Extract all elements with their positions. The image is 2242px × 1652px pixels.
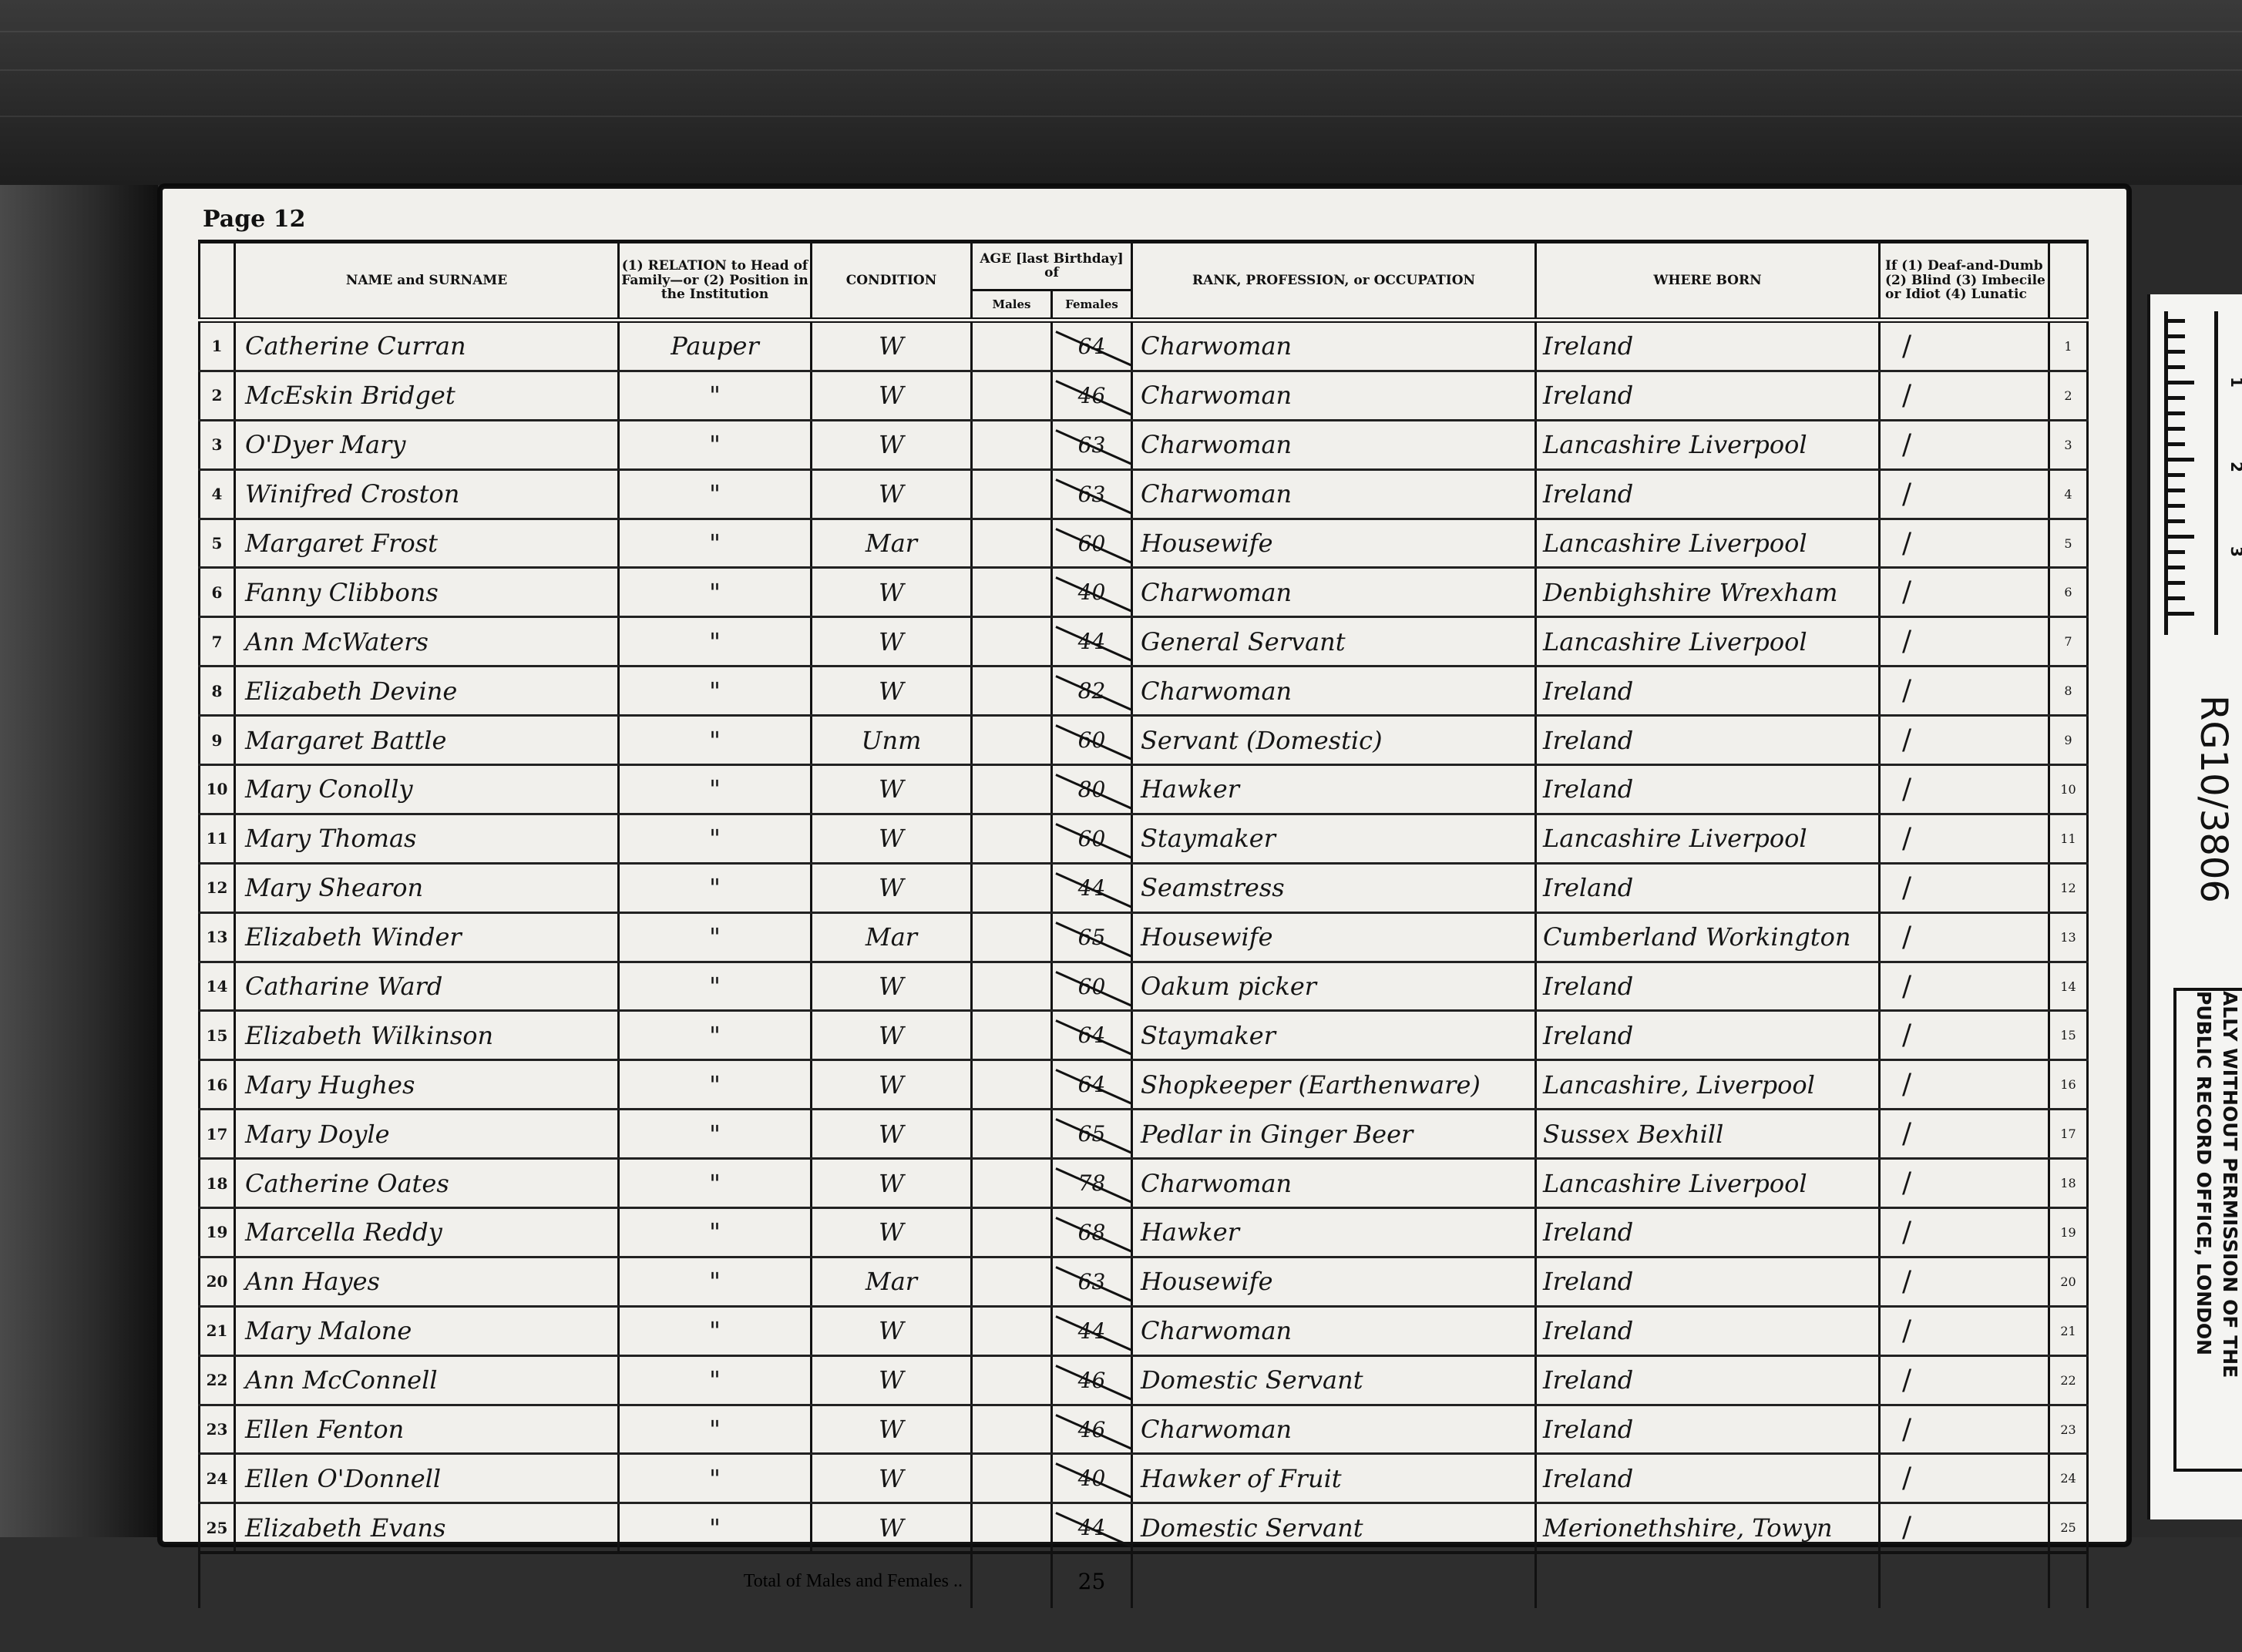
infirmity-mark: / bbox=[1880, 1060, 2049, 1110]
header-where-born: WHERE BORN bbox=[1536, 242, 1880, 321]
ruler-tick bbox=[2168, 612, 2194, 616]
tally-strike-mark bbox=[1055, 380, 1131, 418]
row-number: 13 bbox=[200, 912, 235, 962]
relation: " bbox=[619, 1011, 812, 1060]
person-name: Fanny Clibbons bbox=[235, 568, 619, 617]
person-name: Ann McConnell bbox=[235, 1355, 619, 1405]
male-age bbox=[972, 814, 1052, 863]
condition: W bbox=[812, 1405, 972, 1454]
condition: W bbox=[812, 1011, 972, 1060]
occupation: General Servant bbox=[1132, 617, 1536, 667]
faint-row-number: 17 bbox=[2049, 1110, 2088, 1159]
condition: W bbox=[812, 568, 972, 617]
infirmity-mark: / bbox=[1880, 519, 2049, 568]
male-age bbox=[972, 1355, 1052, 1405]
infirmity-mark: / bbox=[1880, 962, 2049, 1011]
male-age bbox=[972, 1110, 1052, 1159]
faint-row-number: 23 bbox=[2049, 1405, 2088, 1454]
row-number: 2 bbox=[200, 371, 235, 420]
condition: W bbox=[812, 765, 972, 814]
person-name: Catharine Ward bbox=[235, 962, 619, 1011]
row-number: 10 bbox=[200, 765, 235, 814]
male-age bbox=[972, 863, 1052, 912]
female-age: 82 bbox=[1052, 667, 1132, 716]
occupation: Hawker bbox=[1132, 765, 1536, 814]
tally-strike-mark bbox=[1055, 724, 1131, 762]
faint-row-number: 24 bbox=[2049, 1454, 2088, 1503]
person-name: Elizabeth Evans bbox=[235, 1503, 619, 1553]
tally-strike-mark bbox=[1055, 922, 1131, 959]
female-age: 44 bbox=[1052, 1306, 1132, 1355]
row-number: 1 bbox=[200, 321, 235, 371]
male-age bbox=[972, 1306, 1052, 1355]
where-born: Lancashire Liverpool bbox=[1536, 814, 1880, 863]
relation: " bbox=[619, 765, 812, 814]
scan-streak bbox=[0, 116, 2242, 117]
row-number: 23 bbox=[200, 1405, 235, 1454]
census-row: 20Ann Hayes"Mar63HousewifeIreland/20 bbox=[200, 1257, 2088, 1306]
person-name: Mary Thomas bbox=[235, 814, 619, 863]
tally-strike-mark bbox=[1055, 1069, 1131, 1106]
male-age bbox=[972, 962, 1052, 1011]
tally-strike-mark bbox=[1055, 1020, 1131, 1058]
condition: W bbox=[812, 667, 972, 716]
tally-strike-mark bbox=[1055, 1266, 1131, 1304]
ruler-tick bbox=[2168, 473, 2185, 477]
scan-streak bbox=[0, 69, 2242, 71]
row-number: 8 bbox=[200, 667, 235, 716]
scan-streak bbox=[0, 31, 2242, 32]
female-age: 40 bbox=[1052, 568, 1132, 617]
where-born: Cumberland Workington bbox=[1536, 912, 1880, 962]
faint-row-number: 18 bbox=[2049, 1159, 2088, 1208]
census-row: 6Fanny Clibbons"W40CharwomanDenbighshire… bbox=[200, 568, 2088, 617]
census-row: 15Elizabeth Wilkinson"W64StaymakerIrelan… bbox=[200, 1011, 2088, 1060]
ruler-number: 2 bbox=[2227, 462, 2242, 472]
occupation: Shopkeeper (Earthenware) bbox=[1132, 1060, 1536, 1110]
faint-row-number: 13 bbox=[2049, 912, 2088, 962]
ruler-tick bbox=[2168, 381, 2194, 384]
row-number: 3 bbox=[200, 420, 235, 469]
census-row: 16Mary Hughes"W64Shopkeeper (Earthenware… bbox=[200, 1060, 2088, 1110]
where-born: Ireland bbox=[1536, 1306, 1880, 1355]
male-age bbox=[972, 667, 1052, 716]
ruler-tick bbox=[2168, 411, 2185, 415]
ruler-tick bbox=[2168, 458, 2194, 462]
ruler-tick bbox=[2168, 442, 2185, 446]
occupation: Charwoman bbox=[1132, 568, 1536, 617]
faint-row-number: 22 bbox=[2049, 1355, 2088, 1405]
occupation: Charwoman bbox=[1132, 1159, 1536, 1208]
row-number: 25 bbox=[200, 1503, 235, 1553]
condition: W bbox=[812, 863, 972, 912]
faint-row-number: 16 bbox=[2049, 1060, 2088, 1110]
person-name: Elizabeth Devine bbox=[235, 667, 619, 716]
tally-strike-mark bbox=[1055, 1315, 1131, 1353]
ruler-tick bbox=[2168, 535, 2194, 539]
person-name: Mary Shearon bbox=[235, 863, 619, 912]
relation: " bbox=[619, 420, 812, 469]
infirmity-mark: / bbox=[1880, 667, 2049, 716]
condition: W bbox=[812, 1159, 972, 1208]
tally-strike-mark bbox=[1055, 823, 1131, 861]
male-age bbox=[972, 1257, 1052, 1306]
where-born: Ireland bbox=[1536, 371, 1880, 420]
female-age: 64 bbox=[1052, 321, 1132, 371]
faint-row-number: 1 bbox=[2049, 321, 2088, 371]
person-name: Mary Conolly bbox=[235, 765, 619, 814]
occupation: Charwoman bbox=[1132, 667, 1536, 716]
relation: " bbox=[619, 1110, 812, 1159]
ruler-tick bbox=[2168, 596, 2185, 600]
header-row-number bbox=[200, 242, 235, 321]
infirmity-mark: / bbox=[1880, 1355, 2049, 1405]
condition: Mar bbox=[812, 1257, 972, 1306]
condition: Mar bbox=[812, 519, 972, 568]
relation: " bbox=[619, 519, 812, 568]
infirmity-mark: / bbox=[1880, 1405, 2049, 1454]
occupation: Charwoman bbox=[1132, 420, 1536, 469]
where-born: Lancashire, Liverpool bbox=[1536, 1060, 1880, 1110]
census-row: 7Ann McWaters"W44General ServantLancashi… bbox=[200, 617, 2088, 667]
ruler-tick bbox=[2168, 550, 2185, 554]
condition: W bbox=[812, 1503, 972, 1553]
where-born: Ireland bbox=[1536, 667, 1880, 716]
infirmity-mark: / bbox=[1880, 1454, 2049, 1503]
infirmity-mark: / bbox=[1880, 321, 2049, 371]
row-number: 15 bbox=[200, 1011, 235, 1060]
ruler-tick bbox=[2168, 504, 2185, 508]
relation: " bbox=[619, 568, 812, 617]
row-number: 7 bbox=[200, 617, 235, 667]
person-name: O'Dyer Mary bbox=[235, 420, 619, 469]
condition: Mar bbox=[812, 912, 972, 962]
person-name: Ellen O'Donnell bbox=[235, 1454, 619, 1503]
relation: " bbox=[619, 371, 812, 420]
condition: W bbox=[812, 420, 972, 469]
male-age bbox=[972, 1208, 1052, 1257]
header-faint-rownum bbox=[2049, 242, 2088, 321]
header-condition: CONDITION bbox=[812, 242, 972, 321]
row-number: 11 bbox=[200, 814, 235, 863]
person-name: Elizabeth Winder bbox=[235, 912, 619, 962]
row-number: 5 bbox=[200, 519, 235, 568]
male-age bbox=[972, 1159, 1052, 1208]
header-occupation: RANK, PROFESSION, or OCCUPATION bbox=[1132, 242, 1536, 321]
occupation: Oakum picker bbox=[1132, 962, 1536, 1011]
condition: W bbox=[812, 617, 972, 667]
relation: " bbox=[619, 863, 812, 912]
copyright-notice: ALLY WITHOUT PERMISSION OF THE PUBLIC RE… bbox=[2173, 988, 2242, 1472]
where-born: Sussex Bexhill bbox=[1536, 1110, 1880, 1159]
where-born: Ireland bbox=[1536, 1405, 1880, 1454]
relation: " bbox=[619, 1405, 812, 1454]
relation: " bbox=[619, 1454, 812, 1503]
census-row: 1Catherine CurranPauperW64CharwomanIrela… bbox=[200, 321, 2088, 371]
occupation: Charwoman bbox=[1132, 1306, 1536, 1355]
census-rows: 1Catherine CurranPauperW64CharwomanIrela… bbox=[200, 321, 2088, 1553]
census-row: 23Ellen Fenton"W46CharwomanIreland/23 bbox=[200, 1405, 2088, 1454]
where-born: Lancashire Liverpool bbox=[1536, 420, 1880, 469]
faint-row-number: 19 bbox=[2049, 1208, 2088, 1257]
faint-row-number: 8 bbox=[2049, 667, 2088, 716]
row-number: 9 bbox=[200, 716, 235, 765]
female-age: 44 bbox=[1052, 863, 1132, 912]
tally-strike-mark bbox=[1055, 774, 1131, 811]
faint-row-number: 11 bbox=[2049, 814, 2088, 863]
female-age: 63 bbox=[1052, 1257, 1132, 1306]
census-row: 4Winifred Croston"W63CharwomanIreland/4 bbox=[200, 469, 2088, 519]
ruler-tick bbox=[2168, 519, 2185, 523]
row-number: 14 bbox=[200, 962, 235, 1011]
ruler-tick bbox=[2168, 581, 2185, 585]
person-name: Catherine Curran bbox=[235, 321, 619, 371]
male-age bbox=[972, 617, 1052, 667]
male-age bbox=[972, 321, 1052, 371]
notice-line-2: PUBLIC RECORD OFFICE, LONDON bbox=[2190, 991, 2217, 1378]
person-name: Mary Hughes bbox=[235, 1060, 619, 1110]
relation: " bbox=[619, 1060, 812, 1110]
female-age: 65 bbox=[1052, 912, 1132, 962]
census-row: 25Elizabeth Evans"W44Domestic ServantMer… bbox=[200, 1503, 2088, 1553]
faint-row-number: 5 bbox=[2049, 519, 2088, 568]
relation: " bbox=[619, 1503, 812, 1553]
ruler-tick bbox=[2168, 489, 2185, 492]
person-name: Marcella Reddy bbox=[235, 1208, 619, 1257]
census-row: 8Elizabeth Devine"W82CharwomanIreland/8 bbox=[200, 667, 2088, 716]
faint-row-number: 20 bbox=[2049, 1257, 2088, 1306]
occupation: Hawker of Fruit bbox=[1132, 1454, 1536, 1503]
condition: W bbox=[812, 371, 972, 420]
tally-strike-mark bbox=[1055, 528, 1131, 566]
tally-strike-mark bbox=[1055, 872, 1131, 910]
infirmity-mark: / bbox=[1880, 863, 2049, 912]
relation: " bbox=[619, 716, 812, 765]
male-age bbox=[972, 568, 1052, 617]
faint-row-number: 9 bbox=[2049, 716, 2088, 765]
female-age: 68 bbox=[1052, 1208, 1132, 1257]
occupation: Charwoman bbox=[1132, 321, 1536, 371]
scan-background-left bbox=[0, 185, 158, 1652]
relation: " bbox=[619, 962, 812, 1011]
ruler-tick bbox=[2168, 427, 2185, 431]
person-name: Margaret Frost bbox=[235, 519, 619, 568]
relation: Pauper bbox=[619, 321, 812, 371]
male-age bbox=[972, 716, 1052, 765]
row-number: 17 bbox=[200, 1110, 235, 1159]
infirmity-mark: / bbox=[1880, 371, 2049, 420]
census-row: 2McEskin Bridget"W46CharwomanIreland/2 bbox=[200, 371, 2088, 420]
row-number: 19 bbox=[200, 1208, 235, 1257]
infirmity-mark: / bbox=[1880, 420, 2049, 469]
archive-reference: RG10/3806 bbox=[2192, 695, 2235, 787]
infirmity-mark: / bbox=[1880, 1110, 2049, 1159]
person-name: Ann Hayes bbox=[235, 1257, 619, 1306]
tally-strike-mark bbox=[1055, 675, 1131, 713]
female-age: 63 bbox=[1052, 420, 1132, 469]
where-born: Ireland bbox=[1536, 1011, 1880, 1060]
person-name: Ann McWaters bbox=[235, 617, 619, 667]
ruler-tick bbox=[2168, 566, 2185, 569]
where-born: Ireland bbox=[1536, 863, 1880, 912]
condition: W bbox=[812, 814, 972, 863]
header-age-males: Males bbox=[972, 290, 1052, 320]
occupation: Domestic Servant bbox=[1132, 1503, 1536, 1553]
male-age bbox=[972, 371, 1052, 420]
female-age: 60 bbox=[1052, 716, 1132, 765]
census-row: 12Mary Shearon"W44SeamstressIreland/12 bbox=[200, 863, 2088, 912]
header-relation: (1) RELATION to Head of Family—or (2) Po… bbox=[619, 242, 812, 321]
where-born: Ireland bbox=[1536, 321, 1880, 371]
faint-row-number: 25 bbox=[2049, 1503, 2088, 1553]
tally-strike-mark bbox=[1055, 626, 1131, 663]
person-name: McEskin Bridget bbox=[235, 371, 619, 420]
occupation: Servant (Domestic) bbox=[1132, 716, 1536, 765]
where-born: Denbighshire Wrexham bbox=[1536, 568, 1880, 617]
male-age bbox=[972, 1405, 1052, 1454]
total-label: Total of Males and Females .. bbox=[200, 1553, 972, 1608]
faint-row-number: 3 bbox=[2049, 420, 2088, 469]
tally-strike-mark bbox=[1055, 1414, 1131, 1452]
faint-row-number: 2 bbox=[2049, 371, 2088, 420]
where-born: Ireland bbox=[1536, 1257, 1880, 1306]
where-born: Lancashire Liverpool bbox=[1536, 617, 1880, 667]
tally-strike-mark bbox=[1055, 1118, 1131, 1156]
condition: W bbox=[812, 469, 972, 519]
where-born: Ireland bbox=[1536, 1454, 1880, 1503]
row-number: 4 bbox=[200, 469, 235, 519]
where-born: Lancashire Liverpool bbox=[1536, 519, 1880, 568]
ruler-tick bbox=[2168, 396, 2185, 400]
tally-strike-mark bbox=[1055, 1365, 1131, 1402]
male-age bbox=[972, 1503, 1052, 1553]
row-number: 22 bbox=[200, 1355, 235, 1405]
relation: " bbox=[619, 1208, 812, 1257]
where-born: Ireland bbox=[1536, 962, 1880, 1011]
census-row: 21Mary Malone"W44CharwomanIreland/21 bbox=[200, 1306, 2088, 1355]
female-age: 40 bbox=[1052, 1454, 1132, 1503]
relation: " bbox=[619, 1355, 812, 1405]
male-age bbox=[972, 1060, 1052, 1110]
faint-row-number: 10 bbox=[2049, 765, 2088, 814]
occupation: Charwoman bbox=[1132, 371, 1536, 420]
condition: W bbox=[812, 1306, 972, 1355]
header-name: NAME and SURNAME bbox=[235, 242, 619, 321]
condition: W bbox=[812, 1110, 972, 1159]
person-name: Mary Doyle bbox=[235, 1110, 619, 1159]
where-born: Lancashire Liverpool bbox=[1536, 1159, 1880, 1208]
tally-strike-mark bbox=[1055, 577, 1131, 615]
relation: " bbox=[619, 912, 812, 962]
male-age bbox=[972, 1011, 1052, 1060]
census-row: 22Ann McConnell"W46Domestic ServantIrela… bbox=[200, 1355, 2088, 1405]
occupation: Domestic Servant bbox=[1132, 1355, 1536, 1405]
male-age bbox=[972, 1454, 1052, 1503]
person-name: Margaret Battle bbox=[235, 716, 619, 765]
person-name: Ellen Fenton bbox=[235, 1405, 619, 1454]
male-age bbox=[972, 420, 1052, 469]
infirmity-mark: / bbox=[1880, 568, 2049, 617]
row-number: 16 bbox=[200, 1060, 235, 1110]
ruler-tick bbox=[2168, 334, 2185, 338]
infirmity-mark: / bbox=[1880, 617, 2049, 667]
faint-row-number: 6 bbox=[2049, 568, 2088, 617]
female-age: 64 bbox=[1052, 1060, 1132, 1110]
relation: " bbox=[619, 814, 812, 863]
census-row: 18Catherine Oates"W78CharwomanLancashire… bbox=[200, 1159, 2088, 1208]
male-age bbox=[972, 765, 1052, 814]
condition: Unm bbox=[812, 716, 972, 765]
occupation: Pedlar in Ginger Beer bbox=[1132, 1110, 1536, 1159]
page-label: Page 12 bbox=[203, 206, 305, 233]
relation: " bbox=[619, 469, 812, 519]
census-row: 19Marcella Reddy"W68HawkerIreland/19 bbox=[200, 1208, 2088, 1257]
census-row: 14Catharine Ward"W60Oakum pickerIreland/… bbox=[200, 962, 2088, 1011]
census-row: 3O'Dyer Mary"W63CharwomanLancashire Live… bbox=[200, 420, 2088, 469]
row-number: 6 bbox=[200, 568, 235, 617]
faint-row-number: 4 bbox=[2049, 469, 2088, 519]
male-age bbox=[972, 519, 1052, 568]
female-age: 60 bbox=[1052, 962, 1132, 1011]
tally-strike-mark bbox=[1055, 1217, 1131, 1254]
census-row: 11Mary Thomas"W60StaymakerLancashire Liv… bbox=[200, 814, 2088, 863]
row-number: 24 bbox=[200, 1454, 235, 1503]
relation: " bbox=[619, 617, 812, 667]
header-age-females: Females bbox=[1052, 290, 1132, 320]
census-page: Page 12 NAME and SURNAME (1) RELATION to… bbox=[160, 186, 2129, 1544]
infirmity-mark: / bbox=[1880, 765, 2049, 814]
tally-strike-mark bbox=[1055, 478, 1131, 516]
tally-strike-mark bbox=[1055, 331, 1131, 368]
male-age bbox=[972, 469, 1052, 519]
census-row: 5Margaret Frost"Mar60HousewifeLancashire… bbox=[200, 519, 2088, 568]
infirmity-mark: / bbox=[1880, 469, 2049, 519]
relation: " bbox=[619, 1159, 812, 1208]
infirmity-mark: / bbox=[1880, 1011, 2049, 1060]
ruler-tick bbox=[2168, 319, 2185, 323]
faint-row-number: 14 bbox=[2049, 962, 2088, 1011]
tally-strike-mark bbox=[1055, 1513, 1131, 1550]
ruler-number: 1 bbox=[2227, 377, 2242, 388]
condition: W bbox=[812, 1355, 972, 1405]
female-age: 78 bbox=[1052, 1159, 1132, 1208]
infirmity-mark: / bbox=[1880, 814, 2049, 863]
occupation: Housewife bbox=[1132, 912, 1536, 962]
where-born: Ireland bbox=[1536, 469, 1880, 519]
census-row: 24Ellen O'Donnell"W40Hawker of FruitIrel… bbox=[200, 1454, 2088, 1503]
header-infirmity: If (1) Deaf-and-Dumb (2) Blind (3) Imbec… bbox=[1880, 242, 2049, 321]
infirmity-mark: / bbox=[1880, 1257, 2049, 1306]
female-age: 46 bbox=[1052, 1405, 1132, 1454]
where-born: Ireland bbox=[1536, 1208, 1880, 1257]
infirmity-mark: / bbox=[1880, 1159, 2049, 1208]
ruler-tick bbox=[2168, 350, 2185, 354]
female-age: 60 bbox=[1052, 814, 1132, 863]
occupation: Seamstress bbox=[1132, 863, 1536, 912]
faint-row-number: 21 bbox=[2049, 1306, 2088, 1355]
infirmity-mark: / bbox=[1880, 1208, 2049, 1257]
female-age: 44 bbox=[1052, 617, 1132, 667]
condition: W bbox=[812, 321, 972, 371]
tally-strike-mark bbox=[1055, 1167, 1131, 1205]
relation: " bbox=[619, 667, 812, 716]
female-age: 64 bbox=[1052, 1011, 1132, 1060]
female-age: 63 bbox=[1052, 469, 1132, 519]
row-number: 12 bbox=[200, 863, 235, 912]
where-born: Merionethshire, Towyn bbox=[1536, 1503, 1880, 1553]
total-males bbox=[972, 1553, 1052, 1608]
faint-row-number: 15 bbox=[2049, 1011, 2088, 1060]
